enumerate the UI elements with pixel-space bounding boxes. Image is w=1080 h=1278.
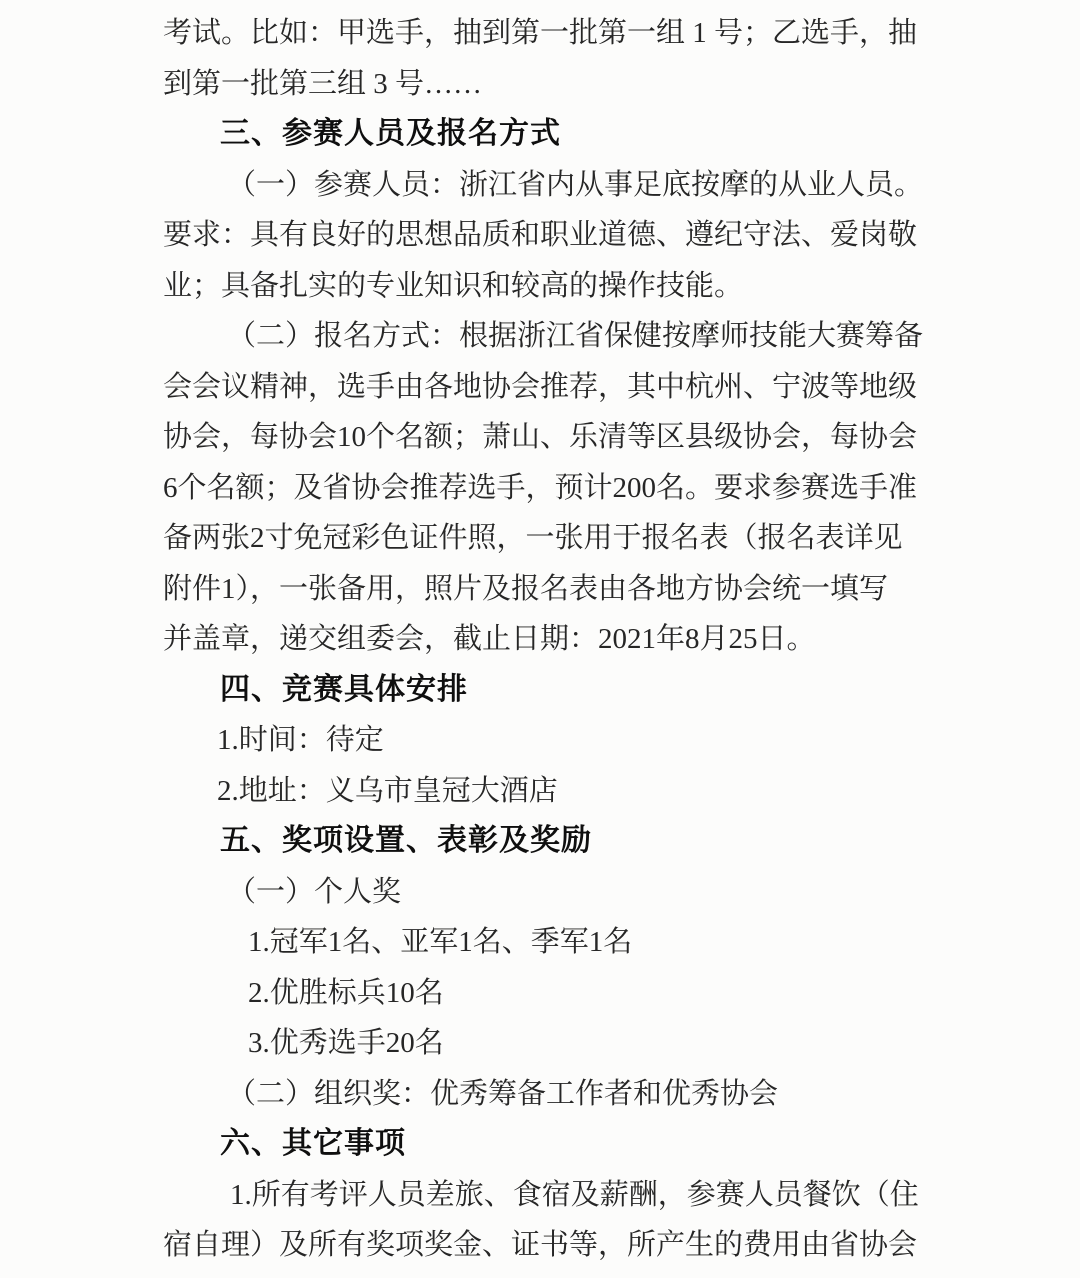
text-line: 要求：具有良好的思想品质和职业道德、遵纪守法、爱岗敬	[163, 210, 920, 261]
text-line: 2.地址：义乌市皇冠大酒店	[163, 766, 920, 817]
text-line: 1.时间：待定	[163, 715, 920, 766]
text-line: 备两张2寸免冠彩色证件照，一张用于报名表（报名表详见	[163, 513, 920, 564]
text-line: 协会，每协会10个名额；萧山、乐清等区县级协会，每协会	[163, 412, 920, 463]
text-line: 附件1），一张备用，照片及报名表由各地方协会统一填写	[163, 564, 920, 615]
text-line: （一）参赛人员：浙江省内从事足底按摩的从业人员。	[163, 160, 920, 211]
document-page: 考试。比如：甲选手，抽到第一批第一组 1 号；乙选手，抽到第一批第三组 3 号……	[0, 0, 1080, 1278]
text-line: 3.优秀选手20名	[163, 1018, 920, 1069]
text-line: （一）个人奖	[163, 867, 920, 918]
section-heading: 四、竞赛具体安排	[163, 665, 920, 716]
text-line: 宿自理）及所有奖项奖金、证书等，所产生的费用由省协会	[163, 1220, 920, 1271]
text-line: 业；具备扎实的专业知识和较高的操作技能。	[163, 261, 920, 312]
text-line: 1.所有考评人员差旅、食宿及薪酬，参赛人员餐饮（住	[163, 1170, 920, 1221]
text-line: 1.冠军1名、亚军1名、季军1名	[163, 917, 920, 968]
text-line: （二）组织奖：优秀筹备工作者和优秀协会	[163, 1069, 920, 1120]
section-heading: 六、其它事项	[163, 1119, 920, 1170]
text-line: 6个名额；及省协会推荐选手，预计200名。要求参赛选手准	[163, 463, 920, 514]
text-line: 2.优胜标兵10名	[163, 968, 920, 1019]
text-line: 到第一批第三组 3 号……	[163, 59, 920, 110]
text-line: 考试。比如：甲选手，抽到第一批第一组 1 号；乙选手，抽	[163, 8, 920, 59]
text-line: 并盖章，递交组委会，截止日期：2021年8月25日。	[163, 614, 920, 665]
section-heading: 三、参赛人员及报名方式	[163, 109, 920, 160]
text-line: 会会议精神，选手由各地协会推荐，其中杭州、宁波等地级	[163, 362, 920, 413]
section-heading: 五、奖项设置、表彰及奖励	[163, 816, 920, 867]
text-line: （二）报名方式：根据浙江省保健按摩师技能大赛筹备	[163, 311, 920, 362]
document-text-block: 考试。比如：甲选手，抽到第一批第一组 1 号；乙选手，抽到第一批第三组 3 号……	[163, 8, 920, 1271]
